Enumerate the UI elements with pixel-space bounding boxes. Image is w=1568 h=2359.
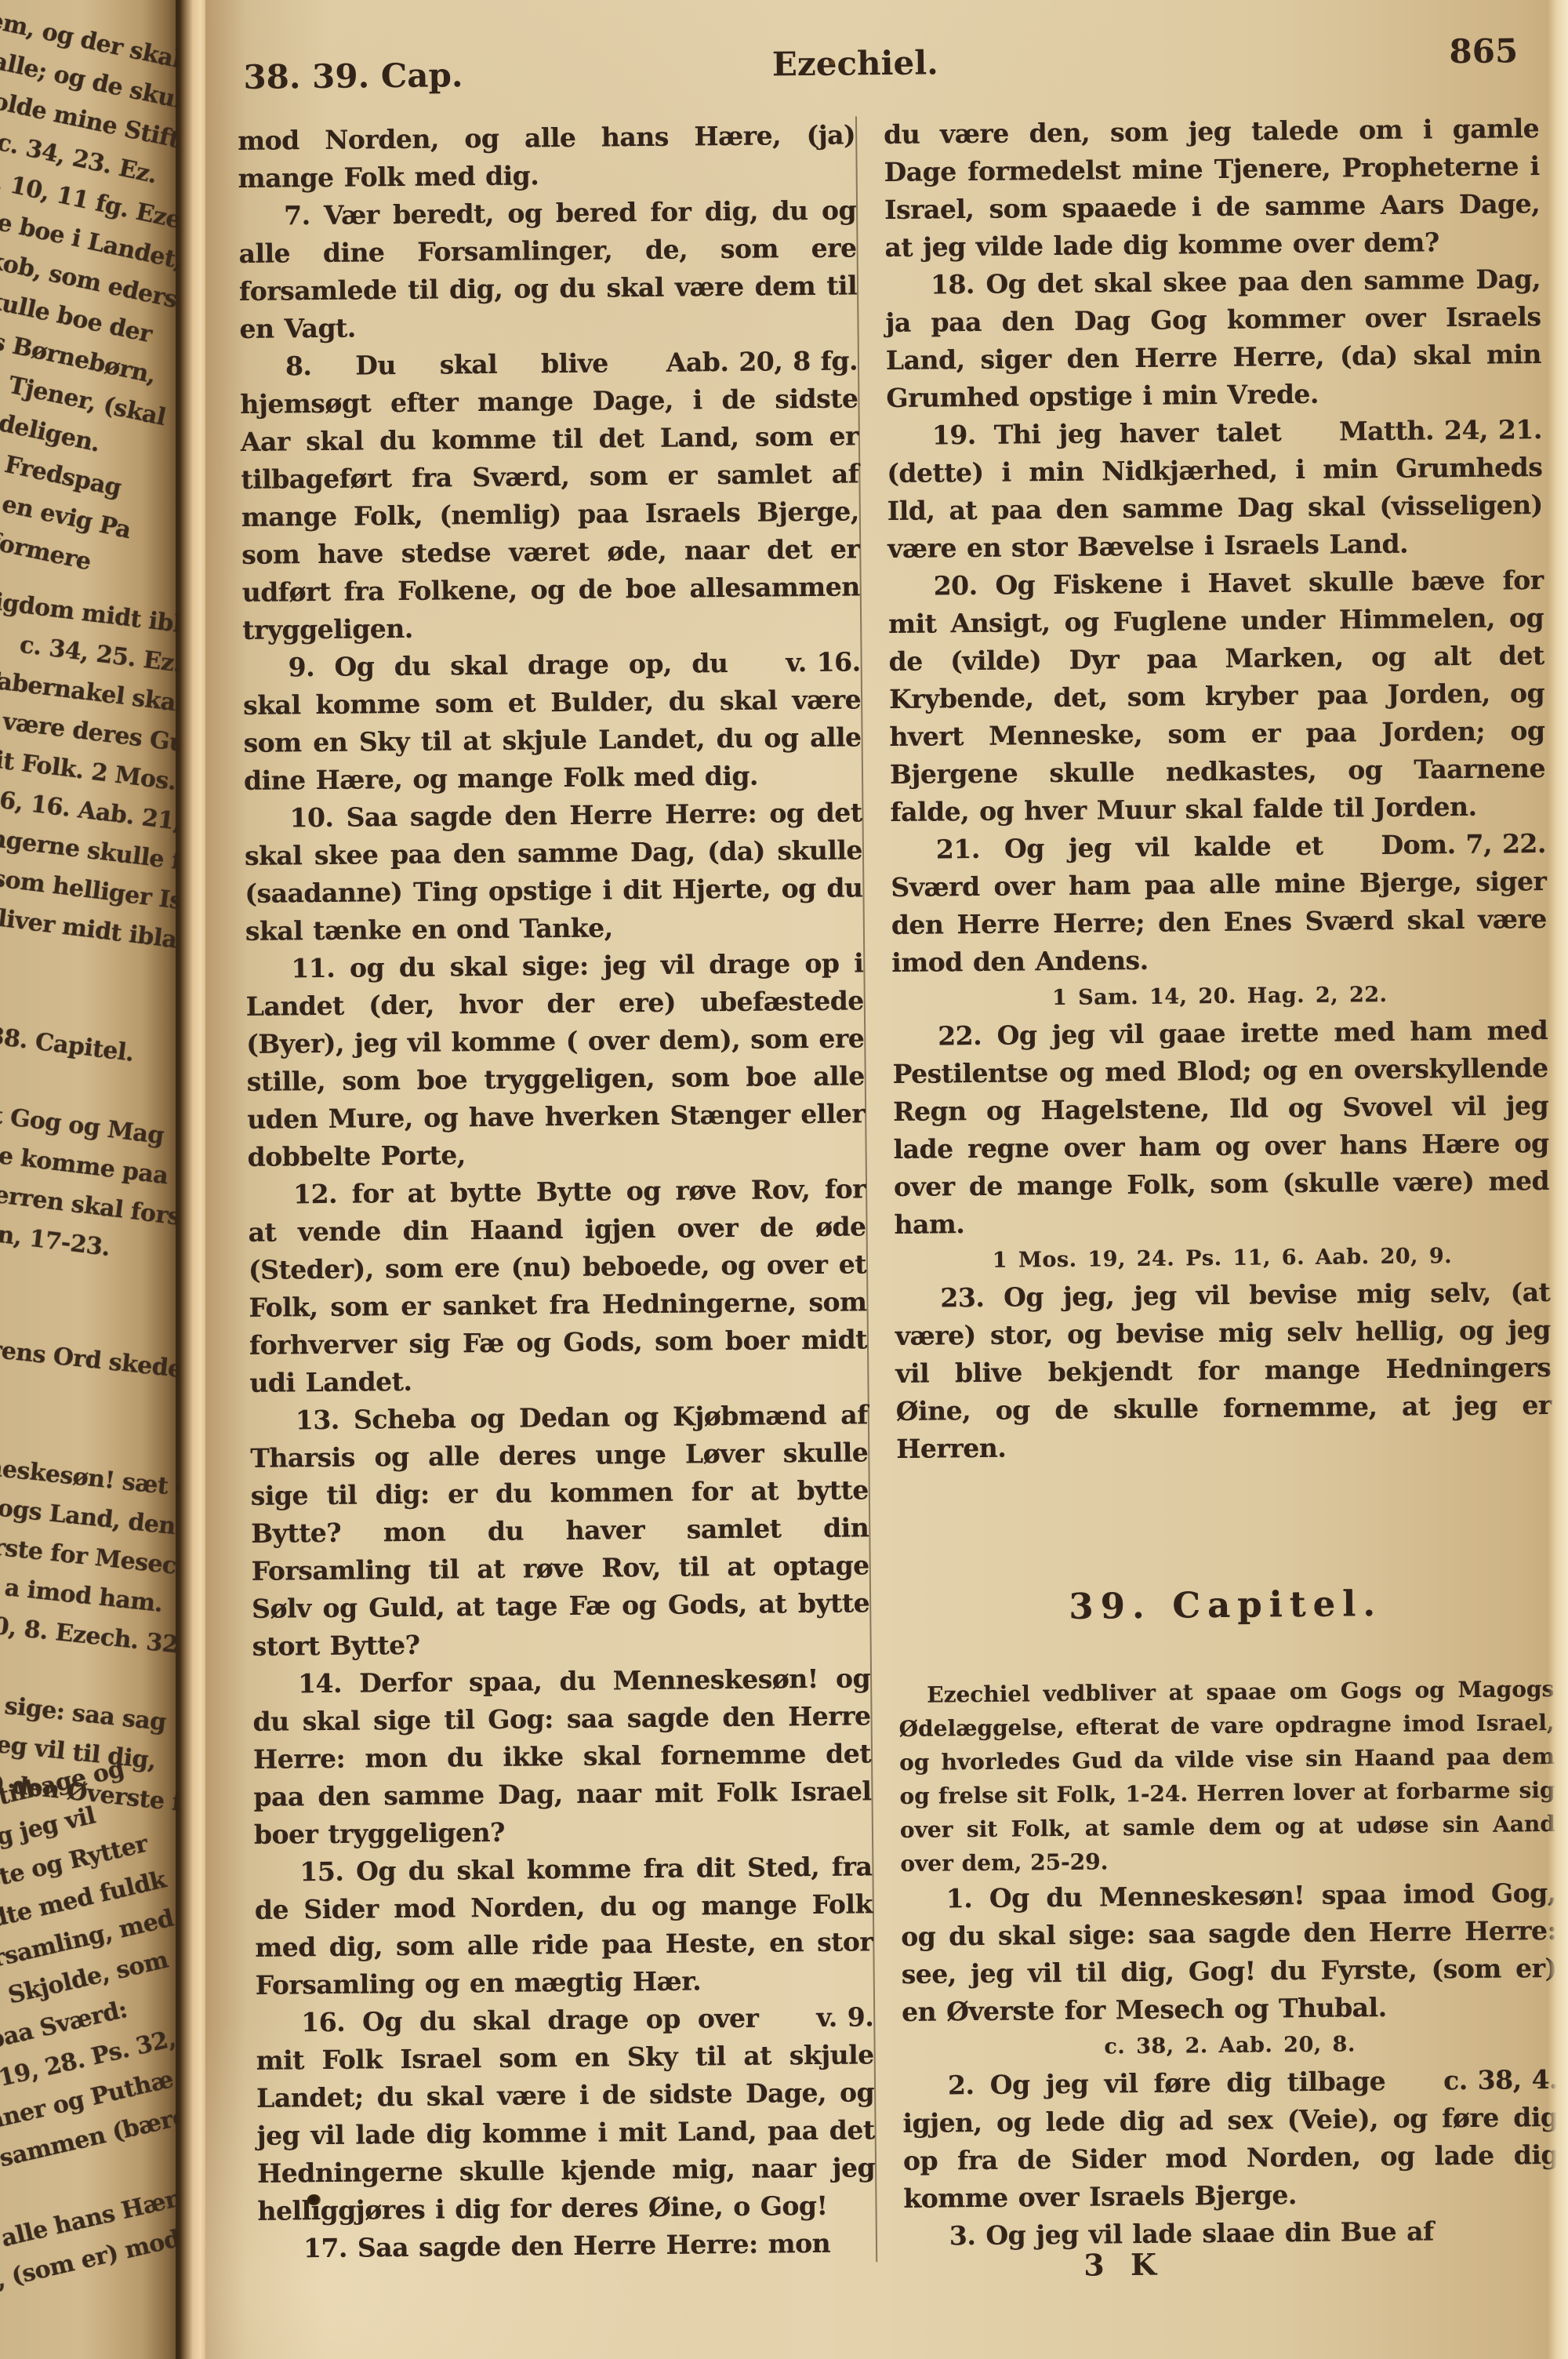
verse-paragraph: 13. Scheba og Dedan og Kjøbmænd af Thars… xyxy=(250,1396,870,1666)
verse-text: 15. Og du skal komme fra dit Sted, fra d… xyxy=(255,1851,873,2001)
ink-blot xyxy=(307,2194,321,2205)
paper-fleck xyxy=(829,60,835,65)
facing-page-fragments-top: dem, og der skaldem alle; og de skulle, … xyxy=(0,0,182,579)
page-header: 38. 39. Cap. Ezechiel. 865 xyxy=(237,31,1539,119)
verse-paragraph: 1 Mos. 19, 24. Ps. 11, 6. Aab. 20, 9. xyxy=(895,1238,1550,1280)
verse-paragraph: Dom. 7, 22.21. Og jeg vil kalde et Sværd… xyxy=(891,825,1548,982)
header-page-number: 865 xyxy=(1449,31,1518,71)
page-right-edge-highlight xyxy=(1548,0,1568,2359)
verse-paragraph: 14. Derfor spaa, du Menneskesøn! og du s… xyxy=(252,1659,872,1854)
verse-text: 39. Capitel. xyxy=(1069,1583,1382,1627)
verse-text: c. 38, 2. Aab. 20, 8. xyxy=(1104,2032,1356,2059)
verse-paragraph: 22. Og jeg vil gaae irette med ham med P… xyxy=(892,1012,1550,1244)
verse-paragraph: 10. Saa sagde den Herre Herre: og det sk… xyxy=(244,794,863,951)
verse-paragraph: c. 38, 2. Aab. 20, 8. xyxy=(902,2025,1557,2067)
facing-page-fragments-upper-middle: Helligdom midt iblandtc. 34, 25. Ez.mit … xyxy=(0,576,182,1268)
end-reference: Matth. 24, 21. xyxy=(1281,411,1542,451)
verse-text: 1. Og du Menneskesøn! spaa imod Gog, og … xyxy=(901,1877,1557,2027)
verse-text: 16. Og du skal drage op over mit Folk Is… xyxy=(256,2003,876,2226)
verse-text: 1 Mos. 19, 24. Ps. 11, 6. Aab. 20, 9. xyxy=(993,1244,1453,1273)
main-page: 38. 39. Cap. Ezechiel. 865 mod Norden, o… xyxy=(205,0,1568,2359)
verse-paragraph: du være den, som jeg talede om i gamle D… xyxy=(884,110,1541,267)
verse-paragraph: 7. Vær beredt, og bered for dig, du og a… xyxy=(238,191,858,348)
verse-paragraph: 23. Og jeg, jeg vil bevise mig selv, (at… xyxy=(895,1274,1552,1468)
verse-paragraph: 18. Og det skal skee paa den samme Dag, … xyxy=(885,260,1542,417)
verse-text: 20. Og Fiskene i Havet skulle bæve for m… xyxy=(888,565,1545,827)
verse-paragraph: Matth. 24, 21.19. Thi jeg haver talet (d… xyxy=(887,411,1544,568)
verse-text: mod Norden, og alle hans Hære, (ja) mang… xyxy=(238,119,855,194)
verse-paragraph: 11. og du skal sige: jeg vil drage op i … xyxy=(245,944,866,1176)
verse-paragraph: 39. Capitel. xyxy=(898,1578,1554,1633)
verse-paragraph: Aab. 20, 8 fg.8. Du skal blive hjemsøgt … xyxy=(240,342,861,649)
verse-paragraph: 1 Sam. 14, 20. Hag. 2, 22. xyxy=(892,976,1548,1018)
header-book-title: Ezechiel. xyxy=(772,43,938,83)
facing-page-text-clip: dem, og der skaldem alle; og de skulle, … xyxy=(0,0,182,2359)
end-reference: Aab. 20, 8 fg. xyxy=(608,342,858,382)
text-columns: mod Norden, og alle hans Hære, (ja) mang… xyxy=(238,110,1559,2268)
verse-text: 10. Saa sagde den Herre Herre: og det sk… xyxy=(245,797,863,947)
verse-text: du være den, som jeg talede om i gamle D… xyxy=(884,113,1540,263)
verse-paragraph: 1. Og du Menneskesøn! spaa imod Gog, og … xyxy=(901,1874,1558,2031)
verse-paragraph: 20. Og Fiskene i Havet skulle bæve for m… xyxy=(887,562,1545,831)
printers-signature-mark: 3 K xyxy=(886,2243,1538,2284)
verse-paragraph: v. 9.16. Og du skal drage op over mit Fo… xyxy=(256,1998,876,2230)
facing-page-fragments-lower-middle: Herrens Ord skede tilMenneskesøn! sæt di… xyxy=(0,1325,182,1819)
verse-text: 8. Du skal blive hjemsøgt efter mange Da… xyxy=(240,347,860,645)
verse-text: 7. Vær beredt, og bered for dig, du og a… xyxy=(238,194,857,344)
book-scan: { "header": { "left": "38. 39. Cap.", "c… xyxy=(0,0,1568,2359)
end-reference: Dom. 7, 22. xyxy=(1323,825,1546,865)
verse-text: 13. Scheba og Dedan og Kjøbmænd af Thars… xyxy=(250,1399,869,1662)
verse-text: 23. Og jeg, jeg vil bevise mig selv, (at… xyxy=(895,1277,1552,1464)
verse-text: 22. Og jeg vil gaae irette med ham med P… xyxy=(892,1015,1549,1240)
left-column: mod Norden, og alle hans Hære, (ja) mang… xyxy=(238,116,876,2267)
facing-page-fragments-bottom: g vil føre dig tilbage ogne Kjæver, og j… xyxy=(0,1761,182,2314)
verse-text: 12. for at bytte Bytte og røve Rov, for … xyxy=(248,1173,867,1398)
page-content: 38. 39. Cap. Ezechiel. 865 mod Norden, o… xyxy=(237,31,1559,2268)
verse-text: Ezechiel vedbliver at spaae om Gogs og M… xyxy=(899,1676,1556,1877)
verse-paragraph: 12. for at bytte Bytte og røve Rov, for … xyxy=(248,1170,868,1402)
verse-paragraph: mod Norden, og alle hans Hære, (ja) mang… xyxy=(238,116,856,198)
verse-paragraph: c. 38, 4.2. Og jeg vil føre dig tilbage … xyxy=(902,2061,1559,2218)
header-chapter-range: 38. 39. Cap. xyxy=(243,56,463,96)
verse-paragraph: Ezechiel vedbliver at spaae om Gogs og M… xyxy=(898,1672,1555,1881)
verse-text: 18. Og det skal skee paa den samme Dag, … xyxy=(885,264,1541,413)
verse-paragraph: 15. Og du skal komme fra dit Sted, fra d… xyxy=(254,1848,873,2005)
end-reference: v. 9. xyxy=(758,1998,873,2037)
end-reference: c. 38, 4. xyxy=(1385,2061,1558,2100)
verse-text: 14. Derfor spaa, du Menneskesøn! og du s… xyxy=(252,1663,871,1850)
verse-text: 11. og du skal sige: jeg vil drage op i … xyxy=(246,947,866,1172)
verse-paragraph: v. 16.9. Og du skal drage op, du skal ko… xyxy=(242,643,862,800)
verse-text: 1 Sam. 14, 20. Hag. 2, 22. xyxy=(1052,983,1388,1010)
right-column: du være den, som jeg talede om i gamle D… xyxy=(855,110,1559,2262)
end-reference: v. 16. xyxy=(728,643,861,682)
